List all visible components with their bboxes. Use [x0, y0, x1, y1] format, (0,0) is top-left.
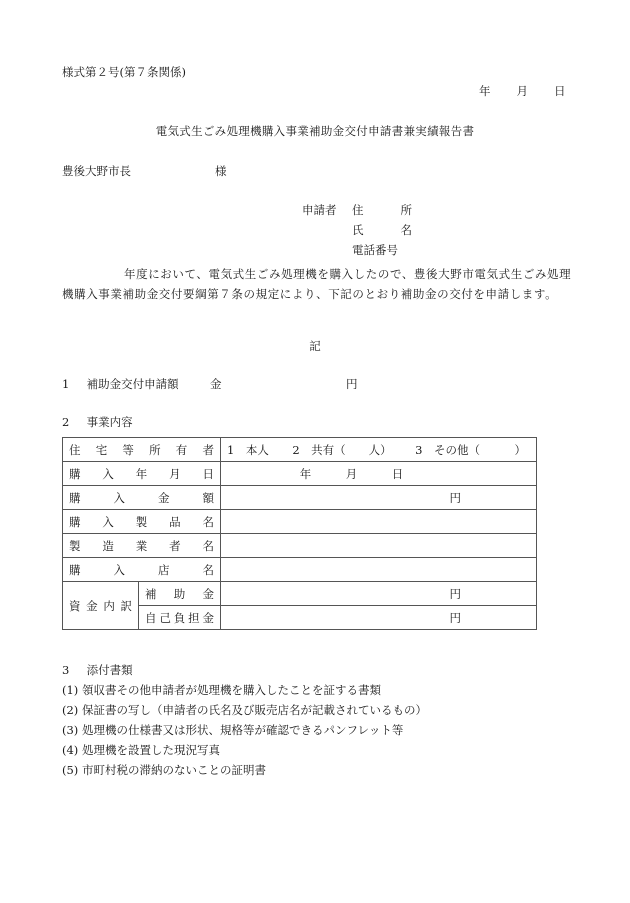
- subsidy-amount-field[interactable]: 円: [221, 582, 537, 606]
- date-month: 月: [517, 84, 529, 98]
- table-row: 購入店名: [63, 558, 537, 582]
- label-char: 氏: [352, 223, 364, 243]
- table-row: 資金内訳 補助金 円: [63, 582, 537, 606]
- kin-label: 金: [210, 377, 222, 391]
- label-char: 住: [352, 203, 364, 223]
- section-subsidy-amount: 1 補助金交付申請額 金 円: [62, 377, 179, 391]
- applicant-fields: 住 所 氏 名 電話番号: [352, 203, 412, 263]
- business-content-table: 住宅等所有者 1 本人 2 共有（ 人） 3 その他（ ） 購入年月日 年 月 …: [62, 437, 537, 630]
- section-business-content: 2 事業内容: [62, 415, 133, 429]
- addressee-honorific: 様: [215, 164, 227, 178]
- row-label: 補助金: [139, 582, 221, 606]
- applicant-name-label: 氏 名: [352, 223, 412, 243]
- option-other[interactable]: 3 その他（ ）: [415, 442, 526, 458]
- label-char: 所: [401, 203, 413, 223]
- attachment-list: (1) 領収書その他申請者が処理機を購入したことを証する書類 (2) 保証書の写…: [62, 683, 427, 783]
- list-item: (4) 処理機を設置した現況写真: [62, 743, 427, 763]
- document-title: 電気式生ごみ処理機購入事業補助金交付申請書兼実績報告書: [0, 124, 630, 138]
- table-row: 購入年月日 年 月 日: [63, 462, 537, 486]
- purchase-amount-field[interactable]: 円: [221, 486, 537, 510]
- row-label: 自己負担金: [139, 606, 221, 630]
- list-item: (2) 保証書の写し（申請者の氏名及び販売店名が記載されているもの）: [62, 703, 427, 723]
- addressee: 豊後大野市長 様: [62, 164, 131, 178]
- section-number: 1: [62, 377, 69, 391]
- row-label: 購入金額: [63, 486, 221, 510]
- row-label: 購入製品名: [63, 510, 221, 534]
- addressee-name: 豊後大野市長: [62, 164, 131, 178]
- applicant-phone-label: 電話番号: [352, 243, 412, 263]
- date-line: 年月日: [479, 84, 566, 98]
- row-label: 購入年月日: [63, 462, 221, 486]
- body-paragraph: 年度において、電気式生ごみ処理機を購入したので、豊後大野市電気式生ごみ処理機購入…: [62, 264, 572, 304]
- section-label: 添付書類: [87, 663, 133, 677]
- row-label: 製造業者名: [63, 534, 221, 558]
- date-day: 日: [554, 84, 566, 98]
- section-number: 2: [62, 415, 69, 429]
- yen-unit: 円: [346, 377, 358, 391]
- section-label: 補助金交付申請額: [87, 377, 179, 391]
- section-attachments: 3 添付書類: [62, 663, 133, 677]
- option-shared[interactable]: 2 共有（ 人）: [292, 442, 391, 458]
- store-name-field[interactable]: [221, 558, 537, 582]
- section-number: 3: [62, 663, 69, 677]
- applicant-address-label: 住 所: [352, 203, 412, 223]
- label-char: 名: [401, 223, 413, 243]
- table-row: 製造業者名: [63, 534, 537, 558]
- row-label: 住宅等所有者: [63, 438, 221, 462]
- manufacturer-field[interactable]: [221, 534, 537, 558]
- date-year: 年: [479, 84, 491, 98]
- body-text: 年度において、電気式生ごみ処理機を購入したので、豊後大野市電気式生ごみ処理機購入…: [62, 267, 571, 301]
- list-item: (3) 処理機の仕様書又は形状、規格等が確認できるパンフレット等: [62, 723, 427, 743]
- section-label: 事業内容: [87, 415, 133, 429]
- ownership-options[interactable]: 1 本人 2 共有（ 人） 3 その他（ ）: [221, 438, 537, 462]
- list-item: (5) 市町村税の滞納のないことの証明書: [62, 763, 427, 783]
- table-row: 購入製品名: [63, 510, 537, 534]
- self-pay-amount-field[interactable]: 円: [221, 606, 537, 630]
- product-name-field[interactable]: [221, 510, 537, 534]
- funding-group-label: 資金内訳: [63, 582, 139, 630]
- form-number: 様式第２号(第７条関係): [62, 65, 186, 79]
- list-item: (1) 領収書その他申請者が処理機を購入したことを証する書類: [62, 683, 427, 703]
- option-self[interactable]: 1 本人: [227, 442, 269, 458]
- ki-heading: 記: [0, 339, 630, 353]
- row-label: 購入店名: [63, 558, 221, 582]
- table-row: 住宅等所有者 1 本人 2 共有（ 人） 3 その他（ ）: [63, 438, 537, 462]
- table-row: 購入金額 円: [63, 486, 537, 510]
- applicant-label: 申請者: [302, 203, 337, 217]
- purchase-date-field[interactable]: 年 月 日: [221, 462, 537, 486]
